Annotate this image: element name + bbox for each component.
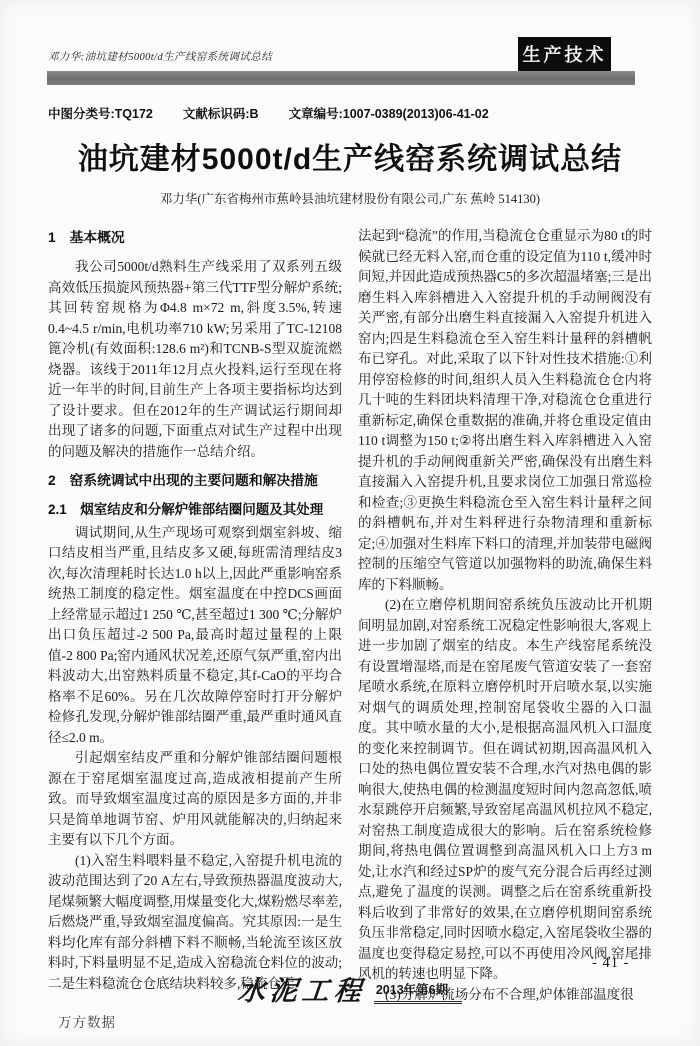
paragraph: 法起到“稳流”的作用,当稳流仓仓重显示为80 t的时候就已经无料入窑,而仓重的设…	[358, 226, 652, 595]
journal-page: 邓力华:油坑建材5000t/d生产线窑系统调试总结 生产技术 中图分类号:TQ1…	[0, 0, 700, 1046]
category-badge: 生产技术	[518, 37, 611, 71]
journal-logo: 水泥工程	[236, 978, 367, 1005]
paragraph: 调试期间,从生产现场可观察到烟室斜坡、缩口结皮相当严重,且结皮多又硬,每班需清理…	[48, 523, 342, 749]
journal-issue: 2013年第6期	[374, 980, 462, 1004]
page-number: - 41 -	[592, 955, 629, 972]
right-column: 法起到“稳流”的作用,当稳流仓仓重显示为80 t的时候就已经无料入窑,而仓重的设…	[358, 226, 652, 1005]
meta-article-id: 文章编号:1007-0389(2013)06-41-02	[289, 104, 489, 122]
paragraph: (2)在立磨停机期间窑系统负压波动比开机期间明显加剧,对窑系统工况稳定性影响很大…	[358, 595, 652, 985]
section-heading-2: 2 窑系统调试中出现的主要问题和解决措施	[48, 471, 342, 491]
article-body: 1 基本概况 我公司5000t/d熟料生产线采用了双系列五级高效低压损旋风预热器…	[48, 226, 652, 1005]
paragraph: (1)入窑生料喂料量不稳定,入窑提升机电流的波动范围达到了20 A左右,导致预热…	[48, 851, 342, 995]
database-watermark: 万方数据	[58, 1011, 116, 1031]
section-heading-2-1: 2.1 烟室结皮和分解炉锥部结圈问题及其处理	[48, 500, 342, 521]
article-meta: 中图分类号:TQ172 文献标识码:B 文章编号:1007-0389(2013)…	[48, 104, 652, 122]
left-column: 1 基本概况 我公司5000t/d熟料生产线采用了双系列五级高效低压损旋风预热器…	[48, 226, 342, 1005]
author-line: 邓力华(广东省梅州市蕉岭县油坑建材股份有限公司,广东 蕉岭 514130)	[0, 189, 700, 207]
journal-footer: 水泥工程 2013年第6期	[0, 978, 700, 1005]
running-head: 邓力华:油坑建材5000t/d生产线窑系统调试总结	[48, 49, 272, 64]
article-title: 油坑建材5000t/d生产线窑系统调试总结	[0, 134, 700, 178]
meta-document-code: 文献标识码:B	[183, 104, 259, 122]
meta-clc-number: 中图分类号:TQ172	[48, 104, 153, 122]
paragraph: 引起烟室结皮严重和分解炉锥部结圈问题根源在于窑尾烟室温度过高,造成液相提前产生所…	[48, 748, 342, 851]
header-rule-bar	[47, 71, 635, 85]
paragraph: 我公司5000t/d熟料生产线采用了双系列五级高效低压损旋风预热器+第三代TTF…	[48, 257, 342, 462]
section-heading-1: 1 基本概况	[48, 228, 342, 248]
